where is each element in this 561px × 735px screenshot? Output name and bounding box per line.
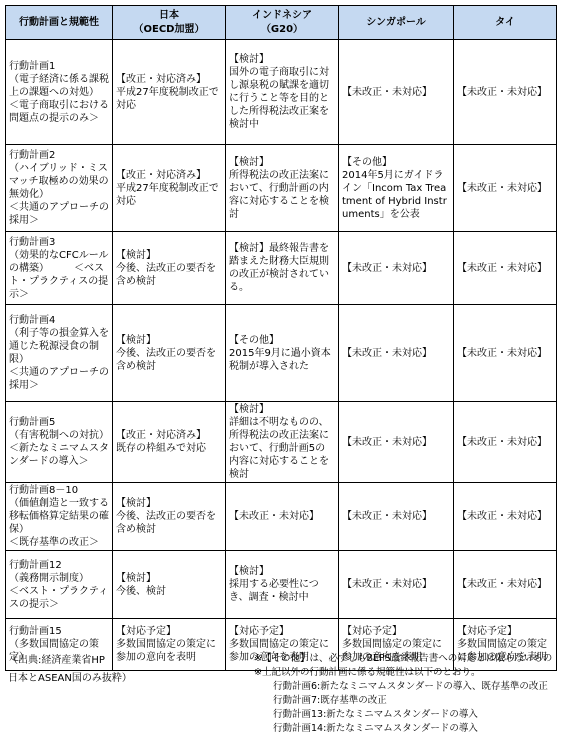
header-cell-indonesia: インドネシア （G20） [226, 6, 339, 40]
cell-thailand: 【未改正・未対応】 [454, 40, 557, 145]
table-row: 行動計画12 （義務開示制度） ＜ベスト・プラクティスの提示＞ 【検討】 今後、… [6, 551, 557, 619]
header-cell-plan: 行動計画と規範性 [6, 6, 113, 40]
cell-indonesia: 【未改正・未対応】 [226, 483, 339, 551]
cell-thailand: 【未改正・未対応】 [454, 551, 557, 619]
cell-plan: 行動計画8－10 （価値創造と一致する移転価格算定結果の確保） ＜既存基準の改正… [6, 483, 113, 551]
cell-singapore: 【その他】 2014年5月にガイドライン「Incom Tax Treatment… [339, 145, 454, 232]
cell-plan: 行動計画3 （効果的なCFCルールの構築） ＜ベスト・プラクティスの提示＞ [6, 232, 113, 305]
table-row: 行動計画4 （利子等の損金算入を通じた税源浸食の制限） ＜共通のアプローチの採用… [6, 305, 557, 402]
cell-thailand: 【未改正・未対応】 [454, 483, 557, 551]
cell-japan: 【検討】 今後、法改正の要否を含め検討 [113, 483, 226, 551]
cell-indonesia: 【検討】 詳細は不明なものの、所得税法の改正法案において、行動計画5の内容に対応… [226, 402, 339, 483]
cell-singapore: 【未改正・未対応】 [339, 232, 454, 305]
cell-singapore: 【未改正・未対応】 [339, 305, 454, 402]
cell-singapore: 【未改正・未対応】 [339, 551, 454, 619]
cell-japan: 【改正・対応済み】 平成27年度税制改正で対応 [113, 145, 226, 232]
beps-action-plan-page: 行動計画と規範性 日本 （OECD加盟） インドネシア （G20） シンガポール… [0, 0, 561, 735]
cell-plan: 行動計画12 （義務開示制度） ＜ベスト・プラクティスの提示＞ [6, 551, 113, 619]
cell-plan: 行動計画4 （利子等の損金算入を通じた税源浸食の制限） ＜共通のアプローチの採用… [6, 305, 113, 402]
header-cell-thailand: タイ [454, 6, 557, 40]
cell-thailand: 【未改正・未対応】 [454, 232, 557, 305]
cell-indonesia: 【検討】 所得税法の改正法案において、行動計画の内容に対応することを検討 [226, 145, 339, 232]
cell-indonesia: 【検討】最終報告書を踏まえた財務大臣規則の改正が検討されている。 [226, 232, 339, 305]
cell-thailand: 【未改正・未対応】 [454, 145, 557, 232]
table-row: 行動計画8－10 （価値創造と一致する移転価格算定結果の確保） ＜既存基準の改正… [6, 483, 557, 551]
cell-plan: 行動計画1 （電子経済に係る課税上の課題への対処） ＜電子商取引における問題点の… [6, 40, 113, 145]
table-row: 行動計画2 （ハイブリッド・ミスマッチ取極めの効果の無効化） ＜共通のアプローチ… [6, 145, 557, 232]
cell-japan: 【改正・対応済み】 平成27年度税制改正で対応 [113, 40, 226, 145]
source-note: （出典:経済産業省HP 日本とASEAN国のみ抜粋） [8, 652, 132, 688]
header-cell-japan: 日本 （OECD加盟） [113, 6, 226, 40]
beps-comparison-table: 行動計画と規範性 日本 （OECD加盟） インドネシア （G20） シンガポール… [5, 5, 557, 671]
cell-indonesia: 【その他】 2015年9月に過小資本税制が導入された [226, 305, 339, 402]
table-row: 行動計画1 （電子経済に係る課税上の課題への対処） ＜電子商取引における問題点の… [6, 40, 557, 145]
cell-singapore: 【未改正・未対応】 [339, 483, 454, 551]
table-row: 行動計画3 （効果的なCFCルールの構築） ＜ベスト・プラクティスの提示＞ 【検… [6, 232, 557, 305]
cell-thailand: 【未改正・未対応】 [454, 402, 557, 483]
cell-japan: 【改正・対応済み】 既存の枠組みで対応 [113, 402, 226, 483]
remarks-notes: ※【その他】は、必ずしもBEPS最終報告書への対応とは限らないもの ※上記以外の… [254, 652, 552, 735]
cell-thailand: 【未改正・未対応】 [454, 305, 557, 402]
cell-plan: 行動計画5 （有害税制への対抗） ＜新たなミニマムスタンダードの導入＞ [6, 402, 113, 483]
header-cell-singapore: シンガポール [339, 6, 454, 40]
table-header-row: 行動計画と規範性 日本 （OECD加盟） インドネシア （G20） シンガポール… [6, 6, 557, 40]
cell-japan: 【検討】 今後、法改正の要否を含め検討 [113, 232, 226, 305]
table-row: 行動計画5 （有害税制への対抗） ＜新たなミニマムスタンダードの導入＞ 【改正・… [6, 402, 557, 483]
cell-singapore: 【未改正・未対応】 [339, 40, 454, 145]
cell-indonesia: 【検討】 国外の電子商取引に対し源泉税の賦課を適切に行うこと等を目的とした所得税… [226, 40, 339, 145]
cell-indonesia: 【検討】 採用する必要性につき、調査・検討中 [226, 551, 339, 619]
cell-japan: 【検討】 今後、検討 [113, 551, 226, 619]
cell-singapore: 【未改正・未対応】 [339, 402, 454, 483]
cell-plan: 行動計画2 （ハイブリッド・ミスマッチ取極めの効果の無効化） ＜共通のアプローチ… [6, 145, 113, 232]
cell-japan: 【検討】 今後、法改正の要否を含め検討 [113, 305, 226, 402]
